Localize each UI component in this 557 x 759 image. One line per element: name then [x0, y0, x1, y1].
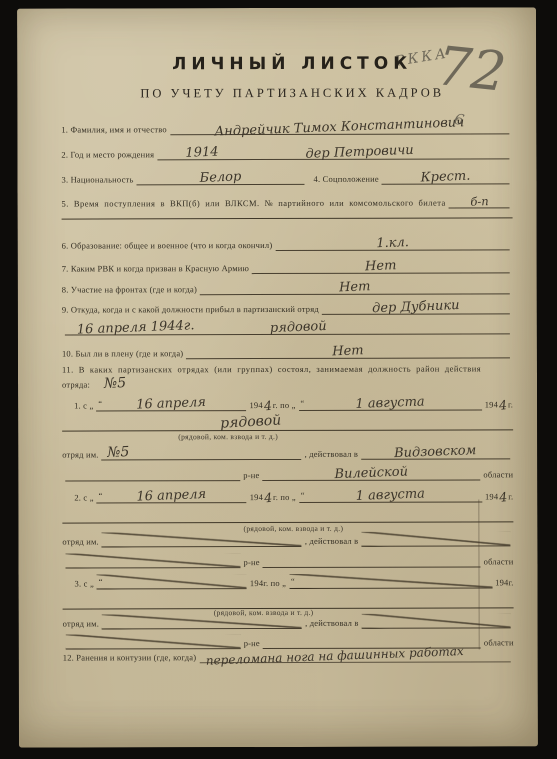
entry-2-year2-print: 194 — [485, 491, 498, 502]
field-11-line: №5 — [90, 375, 150, 390]
entry-2-unit-row: отряд им. , действовал в — [62, 531, 513, 547]
entry-1-blank-line — [65, 466, 240, 481]
field-9-value-3: рядовой — [270, 320, 327, 335]
field-7-value: Нет — [365, 259, 397, 273]
field-11-value: №5 — [104, 376, 127, 391]
entry-2-year1-hw: 4 — [264, 491, 273, 504]
entry-2-from-line: “ 16 апреля — [97, 488, 247, 503]
entry-1-unit-line: №5 — [102, 445, 302, 461]
entry-1-end-label: г. — [508, 399, 513, 410]
field-3-value: Белор — [199, 170, 241, 185]
entry-2-acted-label: , действовал в — [305, 536, 359, 547]
entry-3-dates-row: 3. с „ “ 194 г. по „ “ 194 г. — [63, 573, 514, 589]
entry-1-acted-value: Видзовском — [394, 444, 477, 460]
entry-2-year1-print: 194 — [250, 492, 263, 503]
entry-1-caption: (рядовой, ком. взвода и т. д.) — [133, 432, 323, 441]
field-row-8: 8. Участие на фронтах (где и когда) Нет — [62, 279, 513, 295]
field-row-3: 3. Национальность Белор 4. Соцположение … — [61, 169, 512, 185]
entry-2-acted-line — [361, 531, 510, 546]
entry-1-from-value: 16 апреля — [136, 396, 206, 412]
entry-1-to-value: 1 августа — [355, 395, 425, 411]
entry-3-mid-label: г. по „ — [263, 578, 286, 589]
field-row-9b: 16 апреля 1944г. рядовой — [62, 319, 513, 335]
field-4-label: 4. Соцположение — [314, 174, 379, 185]
entry-2-num-label: 2. с „ — [62, 492, 93, 503]
field-row-1: 1. Фамилия, имя и отчество Андрейчик Тим… — [61, 119, 512, 135]
entry-3-num-label: 3. с „ — [63, 578, 94, 589]
form-title: ЛИЧНЫЙ ЛИСТОК — [47, 53, 537, 74]
field-3-line: Белор — [137, 170, 305, 185]
entry-3-unit-line — [102, 614, 302, 630]
open-quote: “ — [97, 398, 102, 408]
open-quote: “ — [98, 576, 103, 586]
entry-2-to-line: “ 1 августа — [299, 487, 482, 502]
field-row-10: 10. Был ли в плену (где и когда) Нет — [62, 343, 513, 359]
field-4-value: Крест. — [421, 170, 471, 185]
field-9-label: 9. Откуда, когда и с какой должности при… — [62, 304, 319, 316]
field-12-value: переломана нога на фашинных работах — [205, 645, 463, 667]
entry-3-acted-label: , действовал в — [305, 618, 359, 629]
entry-1-mid-label: г. по „ — [273, 400, 296, 411]
field-row-11b: отряда: №5 — [62, 374, 513, 390]
entry-1-position-line: рядовой — [62, 415, 513, 431]
entry-3-unit-row: отряд им. , действовал в — [63, 613, 514, 629]
entry-3-year1-print: 194 — [250, 578, 263, 589]
field-8-value: Нет — [339, 280, 371, 294]
entry-1-district-line: Вилейской — [262, 465, 480, 481]
field-11-label-2: отряда: — [62, 379, 90, 390]
field-12-label: 12. Ранения и контузии (где, когда) — [63, 652, 197, 663]
entry-3-to-line: “ — [289, 573, 492, 589]
entry-1-unit-label: отряд им. — [62, 449, 98, 460]
field-12-line: переломана нога на фашинных работах — [199, 647, 511, 663]
entry-2-position-line — [62, 507, 513, 523]
entry-2-mid-label: г. по „ — [273, 492, 296, 503]
field-9-line-2: 16 апреля 1944г. рядовой — [65, 319, 510, 335]
entry-2-from-value: 16 апреля — [137, 488, 207, 504]
entry-1-year1-hw: 4 — [263, 399, 272, 412]
entry-1-num-label: 1. с „ — [62, 400, 93, 411]
entry-1-from-line: “ 16 апреля — [96, 396, 246, 411]
field-9-line: дер Дубники — [322, 299, 510, 314]
entry-1-dates-row: 1. с „ “ 16 апреля 1944 г. по „ “ 1 авгу… — [62, 395, 513, 411]
entry-1-position-value: рядовой — [220, 413, 282, 430]
entry-2-unit-label: отряд им. — [62, 536, 98, 547]
blank-ruled-line — [62, 203, 513, 219]
entry-1-year1-print: 194 — [249, 400, 262, 411]
field-10-label: 10. Был ли в плену (где и когда) — [62, 348, 183, 359]
entry-1-acted-line: Видзовском — [361, 444, 510, 459]
field-2-line: 1914 дер Петровичи — [157, 144, 509, 160]
open-quote: “ — [300, 490, 305, 500]
open-quote: “ — [98, 490, 103, 500]
field-10-line: Нет — [186, 343, 510, 359]
field-6-label: 6. Образование: общее и военное (что и к… — [62, 240, 273, 252]
field-1-label: 1. Фамилия, имя и отчество — [61, 124, 167, 135]
entry-2-district-label: р-не — [243, 557, 259, 568]
entry-1-to-line: “ 1 августа — [299, 395, 482, 410]
entry-2-oblast-label: области — [484, 556, 514, 567]
entry-1-year2-print: 194 — [485, 399, 498, 410]
field-8-label: 8. Участие на фронтах (где и когда) — [62, 284, 197, 295]
field-3-label: 3. Национальность — [61, 174, 133, 185]
field-2-year-value: 1914 — [185, 146, 219, 160]
field-6-value: 1.кл. — [376, 236, 409, 250]
field-4-line: Крест. — [382, 169, 510, 184]
field-10-value: Нет — [332, 344, 364, 358]
entry-3-from-line: “ — [97, 574, 247, 589]
entry-1-district-row: р-не Вилейской области — [62, 465, 513, 481]
entry-2-unit-line — [102, 532, 302, 548]
entry-1-district-value: Вилейской — [334, 465, 408, 481]
field-6-line: 1.кл. — [275, 235, 509, 251]
field-row-6: 6. Образование: общее и военное (что и к… — [62, 235, 513, 251]
field-1-value: Андрейчик Тимох Константинович — [214, 116, 464, 138]
entry-1-unit-value: №5 — [107, 445, 130, 460]
entry-2-district-line — [263, 552, 481, 568]
document-page: РККА 72 6 ЛИЧНЫЙ ЛИСТОК ПО УЧЕТУ ПАРТИЗА… — [17, 7, 538, 747]
field-8-line: Нет — [200, 279, 510, 295]
field-7-label: 7. Каким РВК и когда призван в Красную А… — [62, 263, 249, 274]
entry-2-blank-line — [65, 553, 240, 568]
entry-3-end-label: г. — [508, 577, 513, 588]
form-subtitle: ПО УЧЕТУ ПАРТИЗАНСКИХ КАДРОВ — [47, 85, 537, 101]
field-row-2: 2. Год и место рождения 1914 дер Петрови… — [61, 144, 512, 160]
field-2-place-value: дер Петровичи — [305, 144, 414, 161]
entry-3-year2-print: 194 — [495, 577, 508, 588]
entry-1-oblast-label: области — [483, 469, 513, 480]
open-quote: “ — [290, 576, 295, 586]
entry-2-year2-hw: 4 — [499, 491, 508, 504]
field-9-value: дер Дубники — [372, 299, 460, 315]
entry-2-end-label: г. — [508, 491, 513, 502]
open-quote: “ — [300, 398, 305, 408]
field-1-line: Андрейчик Тимох Константинович — [170, 119, 510, 135]
entry-3-acted-line — [362, 613, 511, 628]
field-row-9: 9. Откуда, когда и с какой должности при… — [62, 299, 513, 315]
field-row-7: 7. Каким РВК и когда призван в Красную А… — [62, 258, 513, 274]
entry-2-district-row: р-не области — [62, 552, 513, 568]
field-9-value-2: 16 апреля 1944г. — [77, 319, 195, 336]
entry-2-dates-row: 2. с „ “ 16 апреля 1944 г. по „ “ 1 авгу… — [62, 487, 513, 503]
entry-1-district-label: р-не — [243, 470, 259, 481]
entry-1-year2-hw: 4 — [499, 399, 508, 412]
field-row-12: 12. Ранения и контузии (где, когда) пере… — [63, 647, 514, 663]
field-7-line: Нет — [252, 258, 510, 274]
entry-3-unit-label: отряд им. — [63, 618, 99, 629]
entry-1-acted-label: , действовал в — [305, 449, 359, 460]
field-2-label: 2. Год и место рождения — [61, 149, 154, 160]
entry-1-unit-row: отряд им. №5 , действовал в Видзовском — [62, 444, 513, 460]
entry-2-to-value: 1 августа — [356, 487, 426, 503]
